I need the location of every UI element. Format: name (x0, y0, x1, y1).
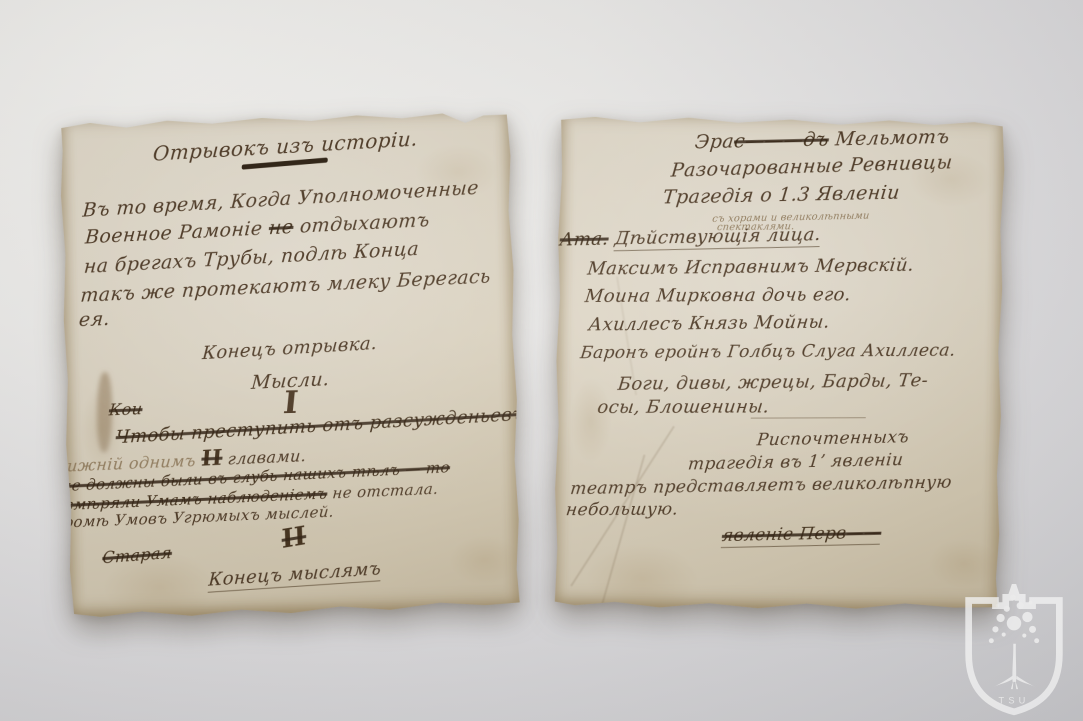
right-handwritten-line-13: Риспочтенныхъ (756, 429, 910, 449)
manuscript-page-right: Эрас———дъ МельмотъРазочарованные Ревнивц… (553, 115, 1006, 613)
tsu-logo-label: TSU (999, 696, 1030, 706)
handwriting-segment: явленіе Перв—— (721, 523, 883, 548)
handwriting-segment: Ата. (559, 228, 610, 250)
right-handwritten-line-6: Максимъ Исправнимъ Мервскій. (586, 257, 915, 279)
handwriting-segment: II (200, 446, 223, 472)
left-handwritten-line-10: Чтобы преступить отъ разсужденьевъ. (115, 405, 531, 447)
handwriting-segment: Моина Мирковна дочь его. (584, 284, 852, 307)
tsu-logo-watermark: TSU (952, 584, 1076, 718)
handwriting-segment: Трагедія о 1.3 Явленіи (662, 182, 901, 209)
left-handwritten-line-9: I (282, 388, 300, 419)
handwriting-segment: театръ представляетъ великолѣпную (569, 472, 953, 499)
handwriting-segment: Военное Рамоніе (84, 217, 269, 248)
handwriting-segment: не (268, 216, 294, 239)
right-handwritten-line-10: Боги, дивы, жрецы, Барды, Те- (617, 372, 929, 394)
right-handwritten-line-17: явленіе Перв—— (721, 525, 882, 545)
handwriting-segment: Эра (694, 130, 735, 153)
right-handwritten-line-15: театръ представляетъ великолѣпную (569, 474, 952, 498)
handwriting-segment: трагедія въ 1ʼ явленіи (687, 450, 904, 475)
left-handwritten-line-0: Отрывокъ изъ исторіи. (152, 128, 419, 173)
handwriting-segment: Риспочтенныхъ (756, 427, 910, 450)
right-handwritten-line-0: Эрас———дъ Мельмотъ (694, 128, 951, 152)
handwriting-segment: осы, Блошенины. (596, 396, 770, 418)
handwriting-segment: Разочарованные Ревнивцы (670, 151, 954, 181)
handwriting-segment: Баронъ еройнъ Голбцъ Слуга Ахиллеса. (579, 341, 957, 364)
left-handwritten-line-8: Кои (108, 401, 143, 418)
left-handwritten-line-6: Конецъ отрывка. (202, 335, 378, 363)
handwriting-segment: Ахиллесъ Князь Мойны. (587, 312, 831, 336)
handwriting-segment: не отстала. (327, 480, 440, 503)
handwriting-segment: Чтобы преступить отъ разсужденьевъ (115, 404, 525, 449)
right-handwritten-line-16: небольшую. (565, 501, 679, 519)
right-handwritten-line-9: Баронъ еройнъ Голбцъ Слуга Ахиллеса. (579, 343, 956, 363)
manuscript-page-left-wrap: Отрывокъ изъ исторіи.Въ то время, Когда … (58, 111, 521, 619)
handwriting-segment: с———дъ (733, 128, 830, 152)
left-handwritten-line-5: ея. (78, 310, 111, 330)
handwriting-segment: Старая (102, 543, 172, 567)
left-handwritten-line-17: Конецъ мыслямъ (208, 560, 382, 590)
left-handwritten-line-15: II (281, 524, 307, 554)
handwriting-segment: небольшую. (565, 499, 680, 520)
right-handwritten-line-12 (751, 417, 866, 418)
handwriting-segment: ея. (78, 308, 111, 331)
handwriting-segment: Максимъ Исправнимъ Мервскій. (586, 255, 915, 280)
photo-background: Отрывокъ изъ исторіи.Въ то время, Когда … (0, 0, 1083, 721)
right-handwritten-line-8: Ахиллесъ Князь Мойны. (588, 314, 831, 335)
right-handwritten-line-1: Разочарованные Ревнивцы (670, 153, 953, 180)
handwriting-segment: Отрывокъ изъ исторіи. (152, 126, 418, 165)
handwriting-segment: Кои (108, 399, 143, 419)
handwriting-segment: Мельмотъ (828, 126, 951, 151)
handwriting-segment: Конецъ отрывка. (201, 333, 377, 364)
manuscript-page-right-wrap: Эрас———дъ МельмотъРазочарованные Ревнивц… (553, 115, 1006, 613)
right-handwritten-line-2: Трагедія о 1.3 Явленіи (662, 184, 901, 208)
right-handwritten-line-14: трагедія въ 1ʼ явленіи (687, 452, 904, 474)
handwriting-segment: . (524, 403, 531, 424)
handwriting-segment: Боги, дивы, жрецы, Барды, Те- (617, 370, 930, 395)
right-handwritten-line-5: Ата. Дѣйствующія лица. (559, 226, 822, 250)
right-handwritten-line-7: Моина Мирковна дочь его. (584, 286, 852, 306)
handwriting-segment: Дѣйствующія лица. (613, 224, 822, 251)
manuscript-page-left: Отрывокъ изъ исторіи.Въ то время, Когда … (58, 111, 521, 619)
handwriting-segment: II (281, 521, 307, 555)
right-handwritten-line-11: осы, Блошенины. (596, 398, 770, 417)
left-handwritten-line-16: Старая (102, 545, 172, 566)
handwriting-segment: отдыхаютъ (293, 209, 431, 238)
handwriting-segment: Конецъ мыслямъ (208, 558, 382, 593)
